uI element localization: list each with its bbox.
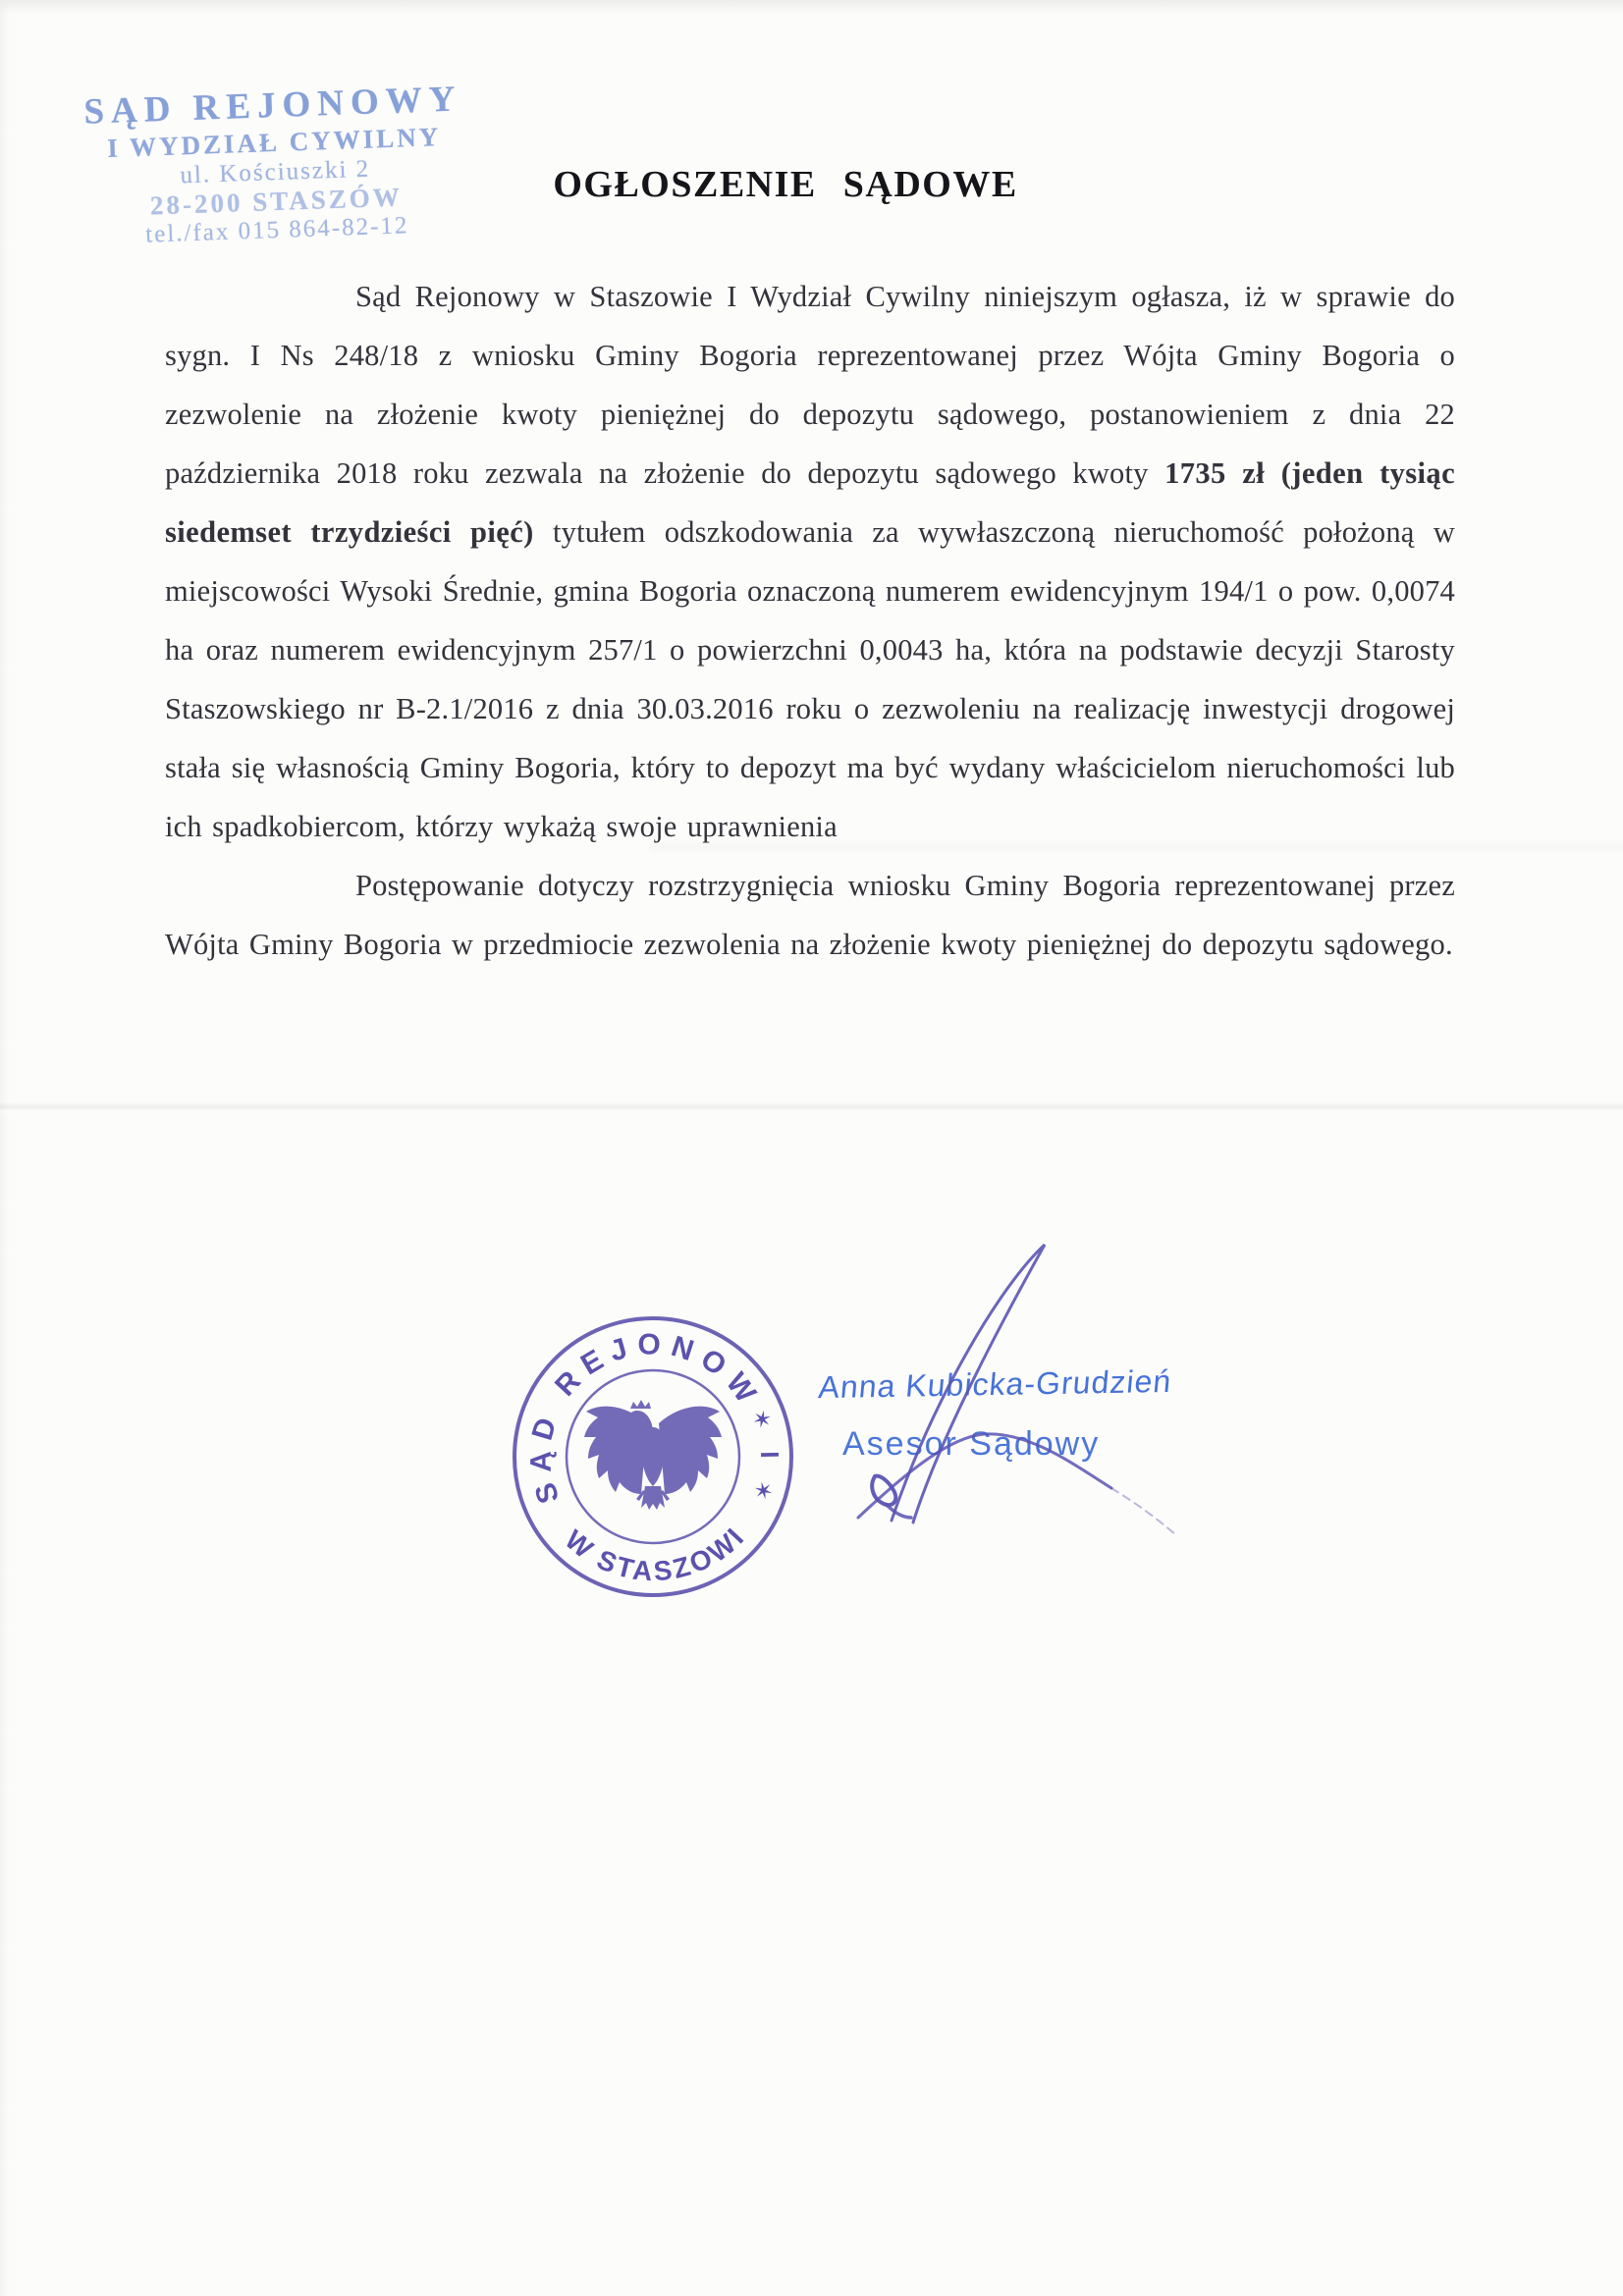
- signature-knot-stroke: [872, 1476, 895, 1505]
- court-seal-stamp: SĄD REJONOWY W STASZOWIE ✶ I ✶: [496, 1300, 810, 1614]
- announcement-body: Sąd Rejonowy w Staszowie I Wydział Cywil…: [165, 267, 1455, 974]
- eagle-icon: [584, 1400, 722, 1510]
- paper-crease-lower: [0, 1101, 1623, 1115]
- page-title: OGŁOSZENIE SĄDOWE: [295, 163, 1276, 206]
- paragraph-1-rest: tytułem odszkodowania za wywłaszczoną ni…: [165, 515, 1455, 843]
- signature-role-stamp: Asesor Sądowy: [842, 1425, 1100, 1464]
- seal-side-numeral: I: [755, 1451, 784, 1459]
- signature-fading-tail-stroke: [1111, 1488, 1175, 1534]
- signature-hook-stroke: [887, 1505, 911, 1518]
- seal-star-lower-icon: ✶: [747, 1476, 779, 1503]
- body-paragraph-2: Postępowanie dotyczy rozstrzygnięcia wni…: [165, 856, 1455, 974]
- body-paragraph-1: Sąd Rejonowy w Staszowie I Wydział Cywil…: [165, 267, 1455, 856]
- signature-name-stamp: Anna Kubicka-Grudzień: [817, 1363, 1173, 1406]
- scanned-court-announcement-page: SĄD REJONOWY I WYDZIAŁ CYWILNY ul. Kości…: [0, 0, 1623, 2296]
- seal-star-upper-icon: ✶: [745, 1406, 777, 1433]
